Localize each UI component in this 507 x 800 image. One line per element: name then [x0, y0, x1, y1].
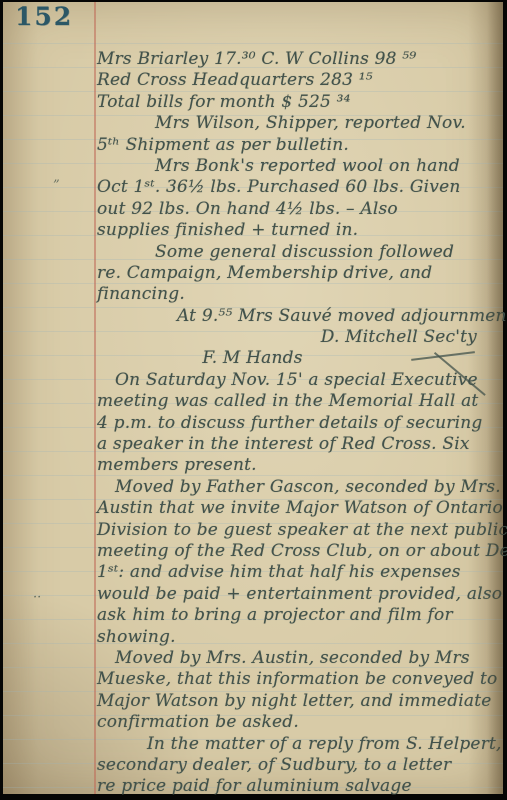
page-number: 152: [15, 2, 73, 31]
handwritten-line: meeting of the Red Cross Club, on or abo…: [97, 541, 503, 562]
handwritten-line: Major Watson by night letter, and immedi…: [97, 691, 503, 712]
handwritten-line: a speaker in the interest of Red Cross. …: [97, 434, 503, 455]
handwritten-line: Division to be guest speaker at the next…: [97, 520, 503, 541]
handwritten-line: re. Campaign, Membership drive, and: [97, 263, 503, 284]
handwritten-line: 4 p.m. to discuss further details of sec…: [97, 413, 503, 434]
handwritten-line: 1ˢᵗ: and advise him that half his expens…: [97, 562, 503, 583]
handwritten-line: Red Cross Headquarters 283 ¹⁵: [97, 70, 503, 91]
handwritten-line: meeting was called in the Memorial Hall …: [97, 391, 503, 412]
handwritten-line: In the matter of a reply from S. Helpert…: [97, 734, 503, 755]
handwritten-line: ask him to bring a projector and film fo…: [97, 605, 503, 626]
handwritten-line: confirmation be asked.: [97, 712, 503, 733]
handwritten-line: Austin that we invite Major Watson of On…: [97, 498, 503, 519]
paper: 152 Mrs Briarley 17.³⁰ C. W Collins 98 ⁵…: [3, 2, 503, 794]
margin-ditto-mark: ··: [33, 590, 41, 605]
red-margin-line: [94, 2, 96, 794]
handwritten-line: Some general discussion followed: [97, 242, 503, 263]
handwritten-line: showing.: [97, 627, 503, 648]
handwritten-line: Moved by Father Gascon, seconded by Mrs.…: [97, 477, 503, 498]
handwritten-line: members present.: [97, 455, 503, 476]
scanned-ledger-page: 152 Mrs Briarley 17.³⁰ C. W Collins 98 ⁵…: [0, 0, 507, 800]
handwritten-line: re price paid for aluminium salvage: [97, 776, 503, 797]
handwritten-line: Total bills for month $ 525 ³⁴: [97, 92, 503, 113]
handwritten-line: D. Mitchell Sec'ty: [97, 327, 503, 348]
handwritten-line: out 92 lbs. On hand 4½ lbs. – Also: [97, 199, 503, 220]
handwritten-text-block: Mrs Briarley 17.³⁰ C. W Collins 98 ⁵⁹Red…: [97, 49, 503, 798]
gutter-shadow: [487, 2, 503, 794]
handwritten-line: 5ᵗʰ Shipment as per bulletin.: [97, 135, 503, 156]
handwritten-line: Oct 1ˢᵗ. 36½ lbs. Purchased 60 lbs. Give…: [97, 177, 503, 198]
handwritten-line: On Saturday Nov. 15' a special Executive: [97, 370, 503, 391]
handwritten-line: Mrs Briarley 17.³⁰ C. W Collins 98 ⁵⁹: [97, 49, 503, 70]
handwritten-line: Moved by Mrs. Austin, seconded by Mrs: [97, 648, 503, 669]
margin-ditto-mark: ”: [53, 178, 60, 193]
handwritten-line: supplies finished + turned in.: [97, 220, 503, 241]
handwritten-line: Mueske, that this information be conveye…: [97, 669, 503, 690]
handwritten-line: Mrs Wilson, Shipper, reported Nov.: [97, 113, 503, 134]
handwritten-line: would be paid + entertainment provided, …: [97, 584, 503, 605]
handwritten-line: financing.: [97, 284, 503, 305]
handwritten-line: At 9.⁵⁵ Mrs Sauvé moved adjournment: [97, 306, 503, 327]
handwritten-line: Mrs Bonk's reported wool on hand: [97, 156, 503, 177]
handwritten-line: secondary dealer, of Sudbury, to a lette…: [97, 755, 503, 776]
